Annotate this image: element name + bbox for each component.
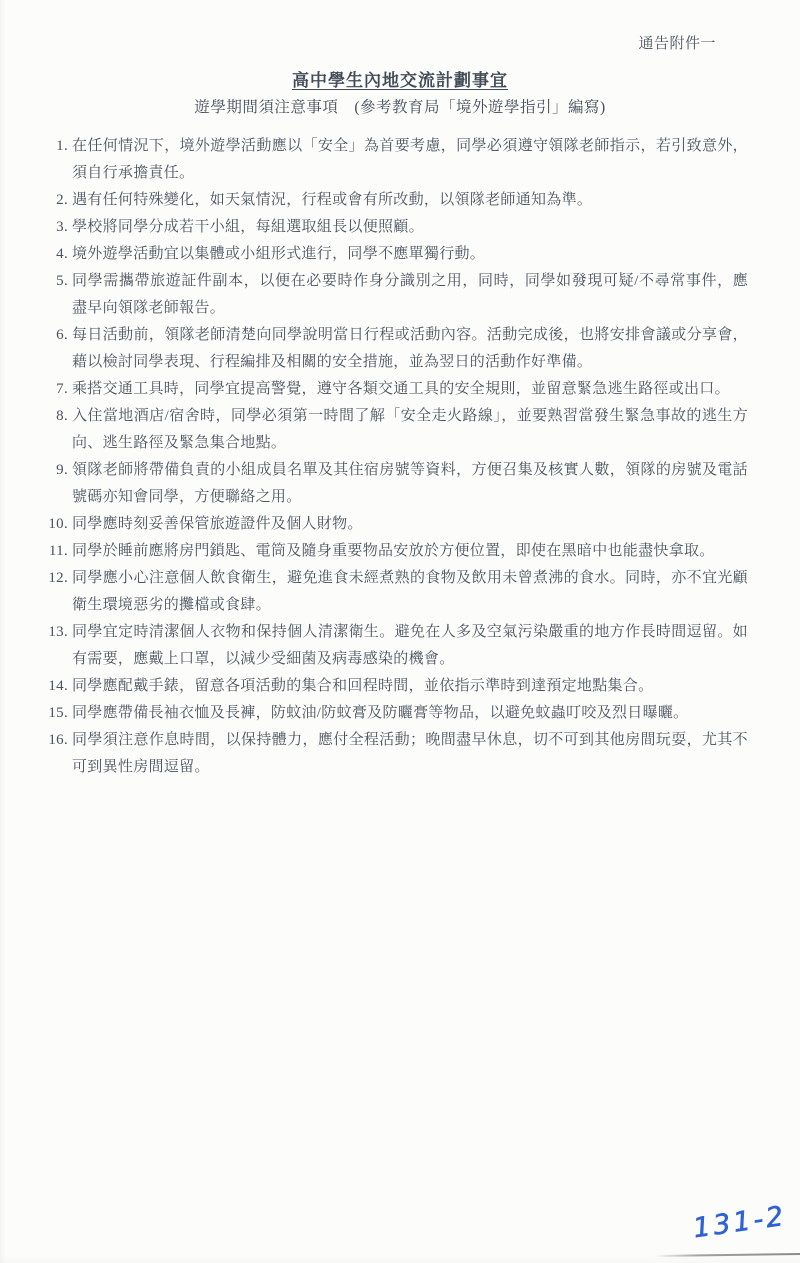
item-number: 12.: [38, 565, 68, 592]
item-text: 遇有任何特殊變化，如天氣情況，行程或會有所改動，以領隊老師通知為準。: [72, 192, 592, 208]
item-number: 16.: [38, 727, 68, 754]
item-text: 同學須注意作息時間，以保持體力，應付全程活動；晚間盡早休息，切不可到其他房間玩耍…: [72, 732, 748, 775]
item-number: 9.: [38, 457, 68, 484]
list-item: 11. 同學於睡前應將房門鎖匙、電筒及隨身重要物品安放於方便位置，即使在黑暗中也…: [0, 538, 748, 565]
item-text: 入住當地酒店/宿舍時，同學必須第一時間了解「安全走火路線」，並要熟習當發生緊急事…: [72, 408, 748, 451]
item-number: 15.: [38, 700, 68, 727]
item-text: 在任何情況下，境外遊學活動應以「安全」為首要考慮，同學必須遵守領隊老師指示，若引…: [72, 138, 748, 181]
item-number: 14.: [38, 673, 68, 700]
list-item: 1. 在任何情況下，境外遊學活動應以「安全」為首要考慮，同學必須遵守領隊老師指示…: [0, 133, 748, 187]
document-title-text: 高中學生內地交流計劃事宜: [292, 71, 508, 90]
item-number: 5.: [38, 268, 68, 295]
item-text: 同學應配戴手錶，留意各項活動的集合和回程時間，並依指示準時到達預定地點集合。: [72, 678, 653, 694]
list-item: 13. 同學宜定時清潔個人衣物和保持個人清潔衛生。避免在人多及空氣污染嚴重的地方…: [0, 619, 748, 673]
list-item: 14. 同學應配戴手錶，留意各項活動的集合和回程時間，並依指示準時到達預定地點集…: [0, 673, 748, 700]
list-item: 15. 同學應帶備長袖衣恤及長褲，防蚊油/防蚊膏及防曬膏等物品，以避免蚊蟲叮咬及…: [0, 700, 748, 727]
item-number: 4.: [38, 241, 68, 268]
item-number: 6.: [38, 322, 68, 349]
document-subtitle: 遊學期間須注意事項 (參考教育局「境外遊學指引」編寫): [0, 95, 800, 117]
item-text: 領隊老師將帶備負責的小組成員名單及其住宿房號等資料，方便召集及核實人數，領隊的房…: [72, 462, 748, 505]
handwritten-page-number: 131-2: [691, 1201, 788, 1245]
list-item: 9. 領隊老師將帶備負責的小組成員名單及其住宿房號等資料，方便召集及核實人數，領…: [0, 457, 748, 511]
scanned-document-page: 通告附件一 高中學生內地交流計劃事宜 遊學期間須注意事項 (參考教育局「境外遊學…: [0, 0, 800, 1263]
notes-list: 1. 在任何情況下，境外遊學活動應以「安全」為首要考慮，同學必須遵守領隊老師指示…: [0, 133, 748, 781]
item-text: 境外遊學活動宜以集體或小組形式進行，同學不應單獨行動。: [72, 246, 485, 262]
item-text: 同學於睡前應將房門鎖匙、電筒及隨身重要物品安放於方便位置，即使在黑暗中也能盡快拿…: [72, 543, 715, 559]
item-text: 同學宜定時清潔個人衣物和保持個人清潔衛生。避免在人多及空氣污染嚴重的地方作長時間…: [72, 624, 748, 667]
scan-artifact-line: [655, 1253, 800, 1257]
item-number: 1.: [38, 133, 68, 160]
list-item: 4. 境外遊學活動宜以集體或小組形式進行，同學不應單獨行動。: [0, 241, 748, 268]
list-item: 2. 遇有任何特殊變化，如天氣情況，行程或會有所改動，以領隊老師通知為準。: [0, 187, 748, 214]
item-text: 同學應帶備長袖衣恤及長褲，防蚊油/防蚊膏及防曬膏等物品，以避免蚊蟲叮咬及烈日曝曬…: [72, 705, 688, 721]
list-item: 6. 每日活動前，領隊老師清楚向同學說明當日行程或活動內容。活動完成後，也將安排…: [0, 322, 748, 376]
list-item: 16. 同學須注意作息時間，以保持體力，應付全程活動；晚間盡早休息，切不可到其他…: [0, 727, 748, 781]
list-item: 7. 乘搭交通工具時，同學宜提高警覺，遵守各類交通工具的安全規則，並留意緊急逃生…: [0, 376, 748, 403]
item-text: 同學需攜帶旅遊証件副本，以便在必要時作身分識別之用，同時，同學如發現可疑/不尋常…: [72, 273, 748, 316]
attachment-corner-note: 通告附件一: [638, 32, 716, 53]
item-number: 3.: [38, 214, 68, 241]
item-number: 10.: [38, 511, 68, 538]
item-number: 11.: [38, 538, 68, 565]
item-text: 學校將同學分成若干小組，每組選取組長以便照顧。: [72, 219, 424, 235]
item-number: 2.: [38, 187, 68, 214]
item-text: 同學應時刻妥善保管旅遊證件及個人財物。: [72, 516, 363, 532]
list-item: 10. 同學應時刻妥善保管旅遊證件及個人財物。: [0, 511, 748, 538]
item-text: 同學應小心注意個人飲食衛生，避免進食未經煮熟的食物及飲用未曾煮沸的食水。同時，亦…: [72, 570, 748, 613]
item-number: 7.: [38, 376, 68, 403]
item-number: 13.: [38, 619, 68, 646]
item-text: 每日活動前，領隊老師清楚向同學說明當日行程或活動內容。活動完成後，也將安排會議或…: [72, 327, 748, 370]
item-number: 8.: [38, 403, 68, 430]
list-item: 3. 學校將同學分成若干小組，每組選取組長以便照顧。: [0, 214, 748, 241]
document-title: 高中學生內地交流計劃事宜: [0, 66, 800, 91]
list-item: 8. 入住當地酒店/宿舍時，同學必須第一時間了解「安全走火路線」，並要熟習當發生…: [0, 403, 748, 457]
list-item: 5. 同學需攜帶旅遊証件副本，以便在必要時作身分識別之用，同時，同學如發現可疑/…: [0, 268, 748, 322]
item-text: 乘搭交通工具時，同學宜提高警覺，遵守各類交通工具的安全規則，並留意緊急逃生路徑或…: [72, 381, 730, 397]
list-item: 12. 同學應小心注意個人飲食衛生，避免進食未經煮熟的食物及飲用未曾煮沸的食水。…: [0, 565, 748, 619]
